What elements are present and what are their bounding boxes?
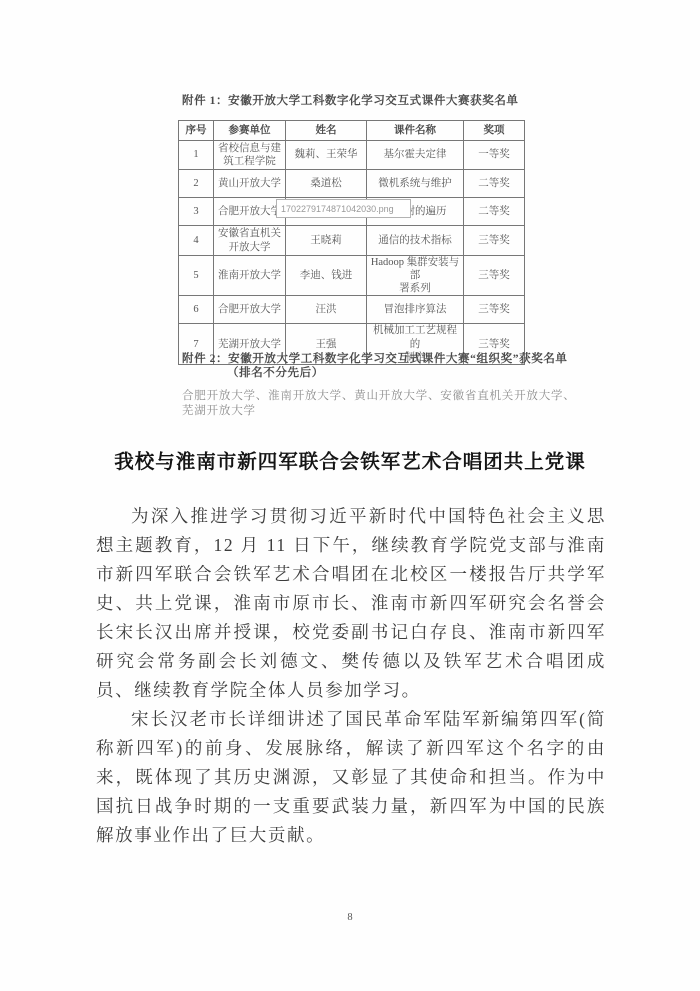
award-table-cell: 汪洪	[286, 296, 367, 324]
award-table-cell: 安徽省直机关 开放大学	[214, 226, 286, 256]
award-table-header-cell: 参赛单位	[214, 121, 286, 141]
award-table-cell: 通信的技术指标	[367, 226, 464, 256]
award-table-cell: 3	[179, 198, 214, 226]
award-table: 序号参赛单位姓名课件名称奖项 1省校信息与建 筑工程学院魏莉、王荣华基尔霍夫定律…	[178, 120, 525, 365]
award-table-header-cell: 姓名	[286, 121, 367, 141]
award-table-container: 序号参赛单位姓名课件名称奖项 1省校信息与建 筑工程学院魏莉、王荣华基尔霍夫定律…	[178, 120, 524, 345]
award-table-body: 1省校信息与建 筑工程学院魏莉、王荣华基尔霍夫定律一等奖2黄山开放大学桑道松微机…	[179, 141, 525, 365]
attachment1-title: 附件 1：安徽开放大学工科数字化学习交互式课件大赛获奖名单	[182, 92, 519, 108]
award-table-cell: 二等奖	[464, 198, 525, 226]
broken-image-filename-placeholder[interactable]: 1702279174871042030.png	[276, 199, 411, 218]
award-table-header-cell: 序号	[179, 121, 214, 141]
award-table-cell: 合肥开放大学	[214, 198, 286, 226]
award-table-cell: 6	[179, 296, 214, 324]
organization-award-list: 合肥开放大学、淮南开放大学、黄山开放大学、安徽省直机关开放大学、 芜湖开放大学	[182, 389, 582, 419]
article-body: 为深入推进学习贯彻习近平新时代中国特色社会主义思想主题教育，12 月 11 日下…	[96, 502, 606, 850]
document-page: 附件 1：安徽开放大学工科数字化学习交互式课件大赛获奖名单 序号参赛单位姓名课件…	[0, 0, 700, 991]
award-table-cell: Hadoop 集群安装与部 署系列	[367, 256, 464, 296]
award-table-cell: 王晓莉	[286, 226, 367, 256]
award-table-cell: 微机系统与维护	[367, 170, 464, 198]
award-table-cell: 李迪、钱进	[286, 256, 367, 296]
award-table-cell: 一等奖	[464, 141, 525, 170]
article-paragraph-1: 为深入推进学习贯彻习近平新时代中国特色社会主义思想主题教育，12 月 11 日下…	[96, 502, 606, 705]
award-table-cell: 淮南开放大学	[214, 256, 286, 296]
award-table-row: 1省校信息与建 筑工程学院魏莉、王荣华基尔霍夫定律一等奖	[179, 141, 525, 170]
award-table-row: 4安徽省直机关 开放大学王晓莉通信的技术指标三等奖	[179, 226, 525, 256]
award-table-cell: 三等奖	[464, 226, 525, 256]
award-table-cell: 1	[179, 141, 214, 170]
attachment2-title-line2: （排名不分先后）	[227, 364, 324, 380]
award-table-header-cell: 课件名称	[367, 121, 464, 141]
article-paragraph-2: 宋长汉老市长详细讲述了国民革命军陆军新编第四军(简称新四军)的前身、发展脉络，解…	[96, 705, 606, 850]
award-table-cell: 5	[179, 256, 214, 296]
award-table-cell: 2	[179, 170, 214, 198]
award-table-row: 2黄山开放大学桑道松微机系统与维护二等奖	[179, 170, 525, 198]
award-table-cell: 魏莉、王荣华	[286, 141, 367, 170]
award-table-cell: 冒泡排序算法	[367, 296, 464, 324]
award-table-header-row: 序号参赛单位姓名课件名称奖项	[179, 121, 525, 141]
award-table-header-cell: 奖项	[464, 121, 525, 141]
award-table-cell: 三等奖	[464, 256, 525, 296]
award-table-cell: 4	[179, 226, 214, 256]
award-table-cell: 三等奖	[464, 296, 525, 324]
award-table-cell: 基尔霍夫定律	[367, 141, 464, 170]
award-table-cell: 二等奖	[464, 170, 525, 198]
award-table-cell: 黄山开放大学	[214, 170, 286, 198]
page-number: 8	[0, 912, 700, 923]
award-table-cell: 省校信息与建 筑工程学院	[214, 141, 286, 170]
award-table-row: 5淮南开放大学李迪、钱进Hadoop 集群安装与部 署系列三等奖	[179, 256, 525, 296]
award-table-row: 6合肥开放大学汪洪冒泡排序算法三等奖	[179, 296, 525, 324]
article-headline: 我校与淮南市新四军联合会铁军艺术合唱团共上党课	[0, 446, 700, 474]
award-table-cell: 桑道松	[286, 170, 367, 198]
award-table-cell: 合肥开放大学	[214, 296, 286, 324]
